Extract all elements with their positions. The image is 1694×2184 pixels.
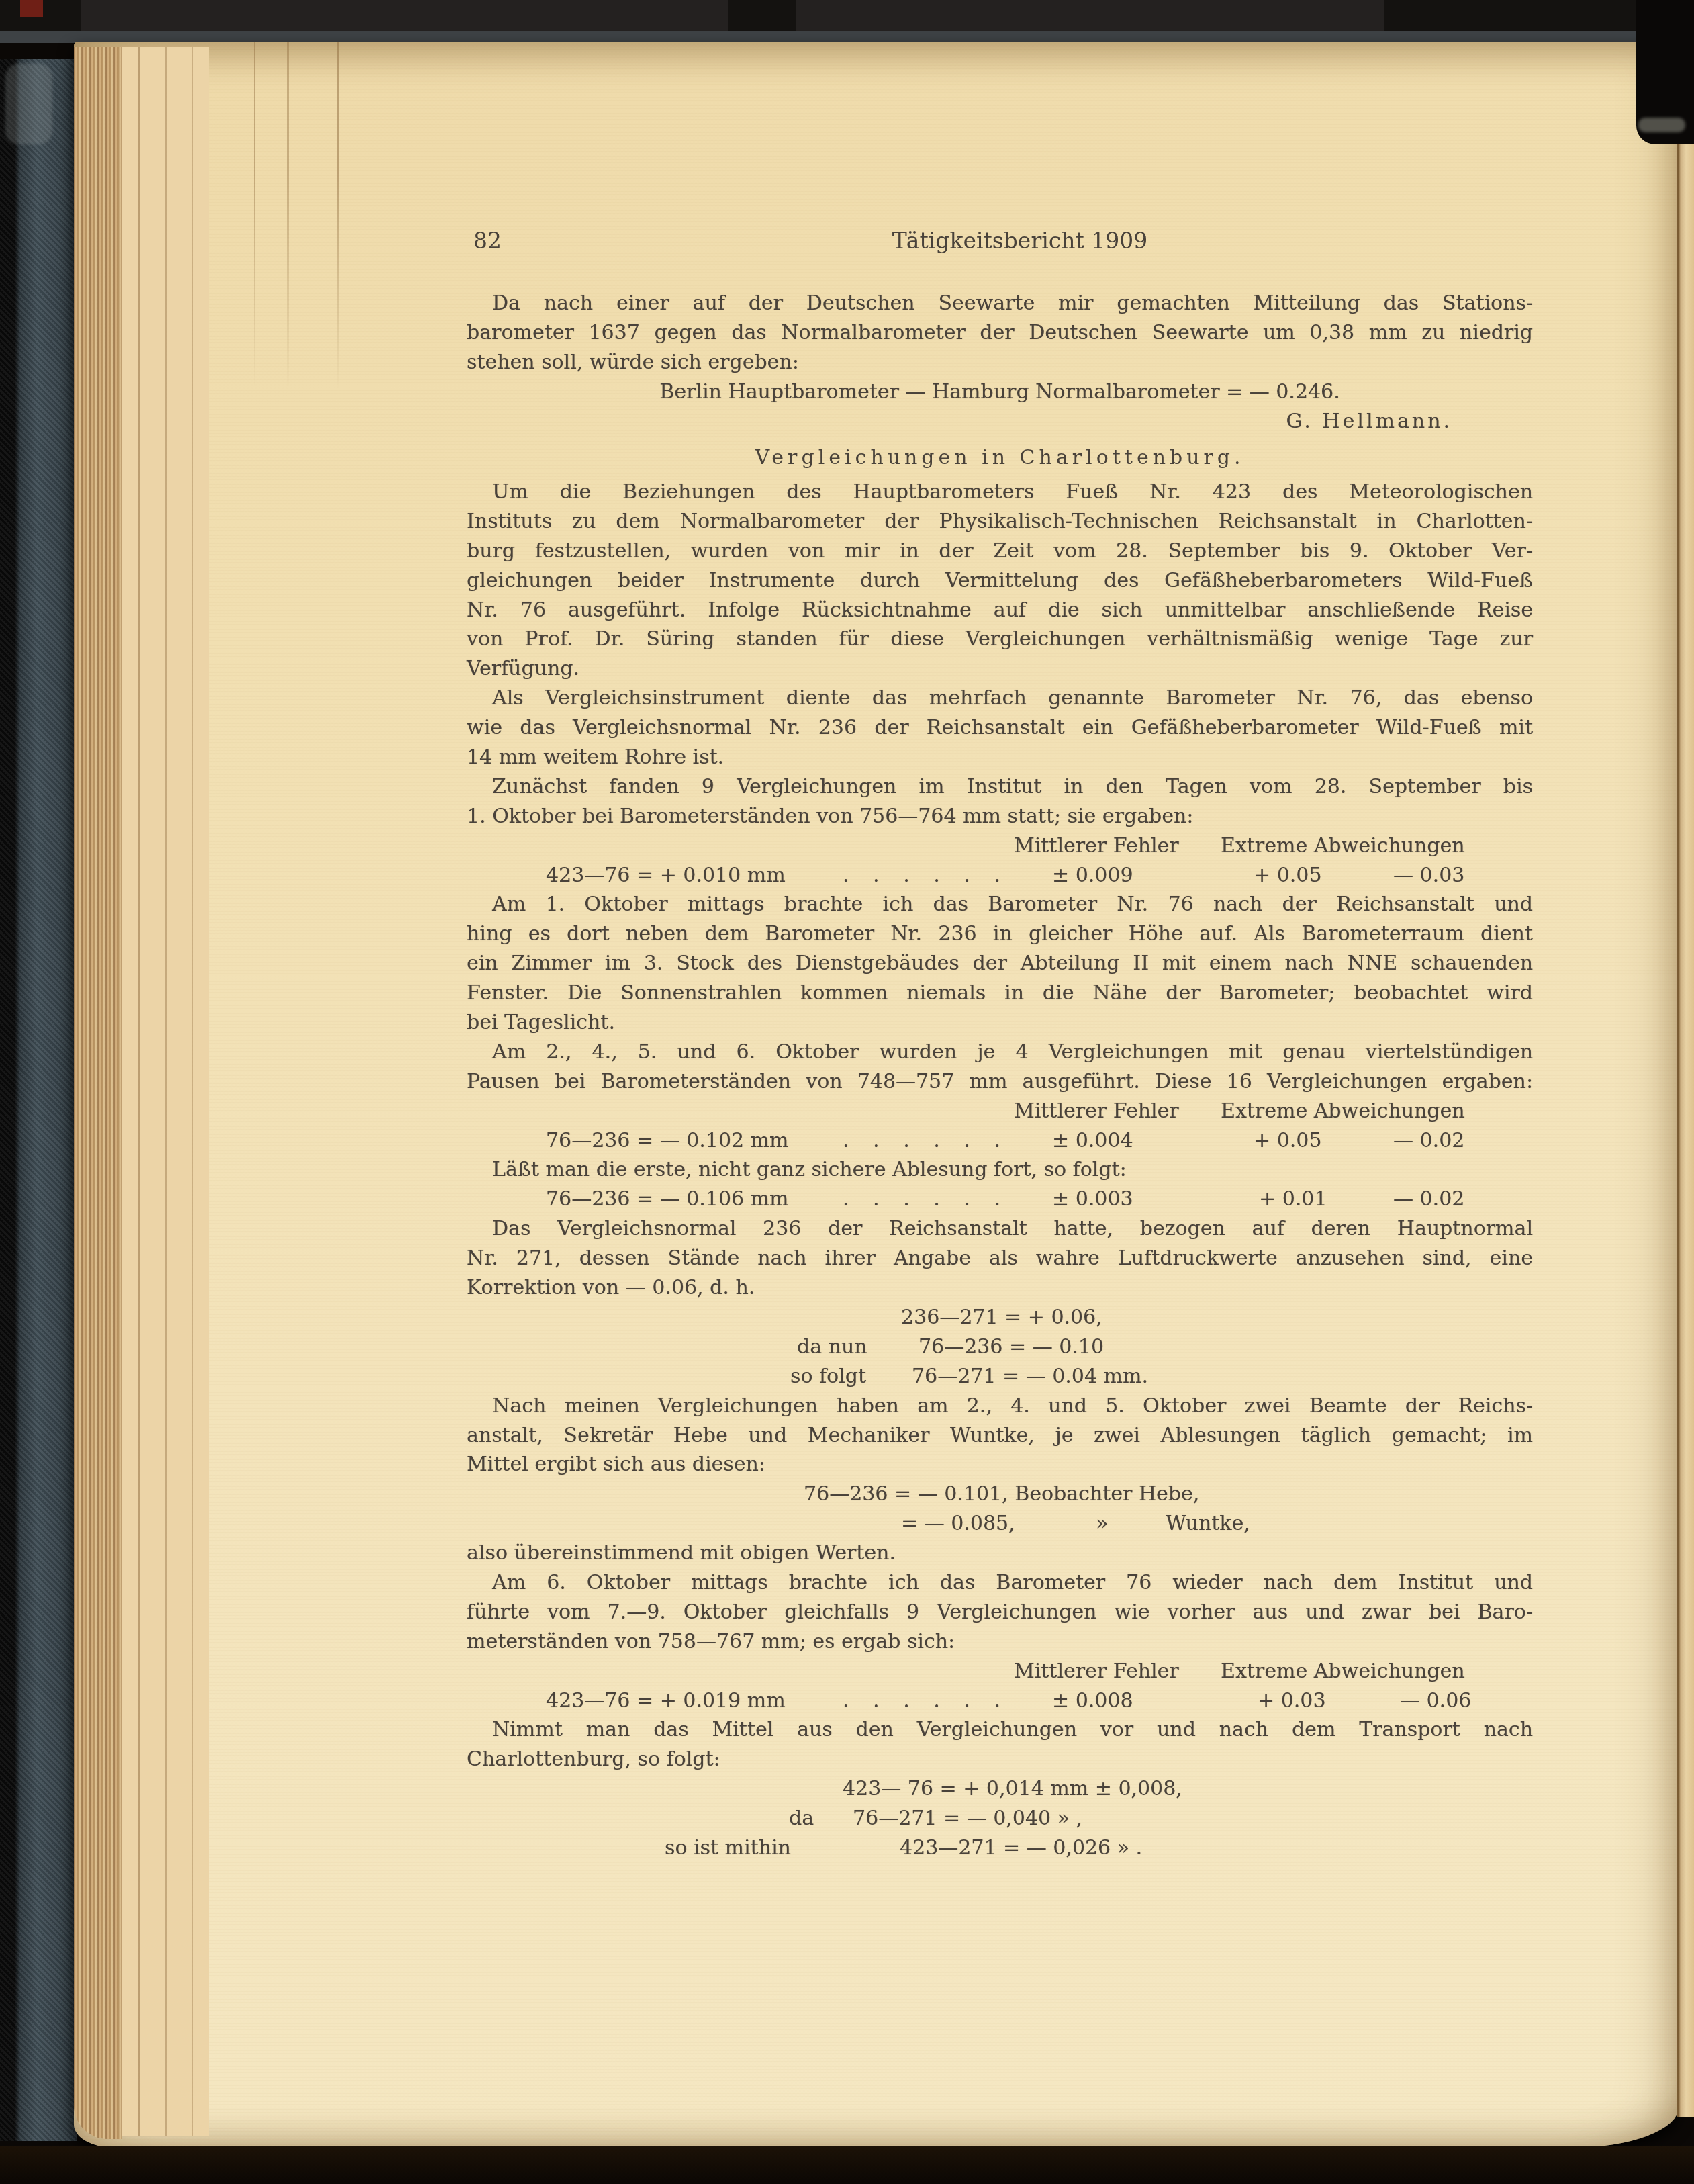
equation: 423— 76 = + 0,014 mm ± 0,008, <box>843 1774 1182 1804</box>
text-line: Zunächst fanden 9 Vergleichungen im Inst… <box>467 772 1533 802</box>
min-deviation-value: — 0.02 <box>1393 1185 1464 1214</box>
observer-name: Wuntke, <box>1166 1509 1250 1539</box>
text-line: Am 2., 4., 5. und 6. Oktober wurden je 4… <box>467 1038 1533 1067</box>
equation: 76—271 = — 0,040 » , <box>853 1804 1082 1833</box>
column-header: Extreme Abweichungen <box>1221 831 1465 861</box>
ditto-mark: » <box>1096 1509 1108 1539</box>
equation-line: Berlin Hauptbarometer — Hamburg Normalba… <box>467 377 1533 407</box>
equation: 423—271 = — 0,026 » . <box>900 1833 1142 1863</box>
text-line: Nr. 271, dessen Stände nach ihrer Angabe… <box>467 1244 1533 1273</box>
equation-row: = — 0.085, » Wuntke, <box>467 1509 1533 1539</box>
equation-row: so ist mithin 423—271 = — 0,026 » . <box>467 1833 1533 1863</box>
text-line: Nr. 76 ausgeführt. Infolge Rücksichtnahm… <box>467 596 1533 625</box>
equation-row: 76—236 = — 0.101, Beobachter Hebe, <box>467 1480 1533 1509</box>
min-deviation-value: — 0.06 <box>1400 1686 1471 1716</box>
table-header-row: Mittlerer Fehler Extreme Abweichungen <box>467 831 1533 861</box>
equation-row: 423— 76 = + 0,014 mm ± 0,008, <box>467 1774 1533 1804</box>
mean-error-value: ± 0.009 <box>1052 861 1133 891</box>
table-row: 423—76 = + 0.019 mm . . . . . . ± 0.008 … <box>467 1686 1533 1716</box>
text-line: stehen soll, würde sich ergeben: <box>467 348 1533 377</box>
max-deviation-value: + 0.05 <box>1254 861 1321 891</box>
max-deviation-value: + 0.05 <box>1254 1126 1321 1156</box>
min-deviation-value: — 0.03 <box>1393 861 1464 891</box>
column-header: Mittlerer Fehler <box>1014 1657 1179 1686</box>
dot-leader: . . . . . . <box>843 1686 1000 1716</box>
text-line: Als Vergleichsinstrument diente das mehr… <box>467 684 1533 713</box>
text-line: hing es dort neben dem Barometer Nr. 236… <box>467 919 1533 949</box>
column-header: Mittlerer Fehler <box>1014 1097 1179 1126</box>
text-line: von Prof. Dr. Süring standen für diese V… <box>467 625 1533 654</box>
page-edges <box>74 47 122 2139</box>
text-line: Pausen bei Barometerständen von 748—757 … <box>467 1067 1533 1097</box>
equation: 76—236 = — 0.101, Beobachter Hebe, <box>804 1480 1199 1509</box>
text-line: Da nach einer auf der Deutschen Seewarte… <box>467 289 1533 318</box>
background-bottom-band <box>0 2146 1694 2184</box>
page-text: Um die Beziehungen des Hauptbarometers F… <box>467 477 1533 1863</box>
text-line: Nach meinen Vergleichungen haben am 2., … <box>467 1392 1533 1421</box>
running-title: Tätigkeitsbericht 1909 <box>467 226 1533 257</box>
text-line: Läßt man die erste, nicht ganz sichere A… <box>467 1155 1533 1185</box>
text-line: gleichungen beider Instrumente durch Ver… <box>467 566 1533 596</box>
signature-line: G. Hellmann. <box>467 407 1533 437</box>
equation: 76—236 = — 0.10 <box>919 1332 1104 1362</box>
equation: 76—236 = — 0.102 mm <box>546 1126 789 1156</box>
cover-worn-patch <box>5 64 52 144</box>
column-header: Extreme Abweichungen <box>1221 1097 1465 1126</box>
dot-leader: . . . . . . <box>843 861 1000 891</box>
min-deviation-value: — 0.02 <box>1393 1126 1464 1156</box>
column-header: Extreme Abweichungen <box>1221 1657 1465 1686</box>
text-line: Fenster. Die Sonnenstrahlen kommen niema… <box>467 979 1533 1008</box>
text-line: Am 1. Oktober mittags brachte ich das Ba… <box>467 890 1533 919</box>
text-line: Das Vergleichsnormal 236 der Reichsansta… <box>467 1214 1533 1244</box>
equation: 236—271 = + 0.06, <box>901 1303 1102 1332</box>
text-line: Verfügung. <box>467 654 1533 684</box>
text-line: Mittel ergibt sich aus diesen: <box>467 1450 1533 1480</box>
table-header-row: Mittlerer Fehler Extreme Abweichungen <box>467 1097 1533 1126</box>
equation-label: da nun <box>797 1332 867 1362</box>
dot-leader: . . . . . . <box>843 1185 1000 1214</box>
equation-row: 236—271 = + 0.06, <box>467 1303 1533 1332</box>
text-line: burg festzustellen, wurden von mir in de… <box>467 537 1533 566</box>
text-line: Nimmt man das Mittel aus den Vergleichun… <box>467 1715 1533 1745</box>
equation-label: da <box>789 1804 814 1833</box>
equation-row: da nun 76—236 = — 0.10 <box>467 1332 1533 1362</box>
text-line: ein Zimmer im 3. Stock des Dienstgebäude… <box>467 949 1533 979</box>
text-line: 14 mm weitem Rohre ist. <box>467 743 1533 772</box>
book-cover-edge <box>0 59 77 2141</box>
text-line: 1. Oktober bei Barometerständen von 756—… <box>467 802 1533 831</box>
text-line: Um die Beziehungen des Hauptbarometers F… <box>467 477 1533 507</box>
text-line: barometer 1637 gegen das Normalbarometer… <box>467 318 1533 348</box>
page-edge-fan <box>248 42 356 418</box>
page-edges-light <box>122 47 209 2136</box>
text-line: Instituts zu dem Normalbarometer der Phy… <box>467 507 1533 537</box>
text-line: Korrektion von — 0.06, d. h. <box>467 1273 1533 1303</box>
section-heading: Vergleichungen in Charlottenburg. <box>467 443 1533 473</box>
red-mark <box>20 0 43 17</box>
page-right-crease <box>1677 42 1694 2117</box>
page-corner-fray <box>1638 118 1685 132</box>
table-row: 76—236 = — 0.102 mm . . . . . . ± 0.004 … <box>467 1126 1533 1156</box>
equation-row: da 76—271 = — 0,040 » , <box>467 1804 1533 1833</box>
background-block <box>796 0 1384 32</box>
background-block <box>81 0 728 32</box>
dot-leader: . . . . . . <box>843 1126 1000 1156</box>
text-line: anstalt, Sekretär Hebe und Mechaniker Wu… <box>467 1421 1533 1451</box>
equation: 423—76 = + 0.019 mm <box>546 1686 786 1716</box>
equation-row: so folgt 76—271 = — 0.04 mm. <box>467 1362 1533 1392</box>
text-line: wie das Vergleichsnormal Nr. 236 der Rei… <box>467 713 1533 743</box>
equation: 76—236 = — 0.106 mm <box>546 1185 789 1214</box>
equation: 76—271 = — 0.04 mm. <box>912 1362 1148 1392</box>
equation: = — 0.085, <box>901 1509 1015 1539</box>
mean-error-value: ± 0.008 <box>1052 1686 1133 1716</box>
running-header: 82 Tätigkeitsbericht 1909 <box>467 226 1533 257</box>
text-line: also übereinstimmend mit obigen Werten. <box>467 1539 1533 1568</box>
equation-label: so ist mithin <box>665 1833 791 1863</box>
mean-error-value: ± 0.003 <box>1052 1185 1133 1214</box>
book-photo: 82 Tätigkeitsbericht 1909 Da nach einer … <box>0 0 1694 2184</box>
column-header: Mittlerer Fehler <box>1014 831 1179 861</box>
table-header-row: Mittlerer Fehler Extreme Abweichungen <box>467 1657 1533 1686</box>
equation: 423—76 = + 0.010 mm <box>546 861 786 891</box>
max-deviation-value: + 0.03 <box>1258 1686 1325 1716</box>
text-line: Charlottenburg, so folgt: <box>467 1745 1533 1774</box>
table-row: 423—76 = + 0.010 mm . . . . . . ± 0.009 … <box>467 861 1533 891</box>
text-line: bei Tageslicht. <box>467 1008 1533 1038</box>
mean-error-value: ± 0.004 <box>1052 1126 1133 1156</box>
table-row: 76—236 = — 0.106 mm . . . . . . ± 0.003 … <box>467 1185 1533 1214</box>
max-deviation-value: + 0.01 <box>1259 1185 1327 1214</box>
intro-block: Da nach einer auf der Deutschen Seewarte… <box>467 289 1533 436</box>
text-line: Am 6. Oktober mittags brachte ich das Ba… <box>467 1568 1533 1598</box>
equation-label: so folgt <box>790 1362 866 1392</box>
text-line: führte vom 7.—9. Oktober gleichfalls 9 V… <box>467 1598 1533 1627</box>
text-line: meterständen von 758—767 mm; es ergab si… <box>467 1627 1533 1657</box>
